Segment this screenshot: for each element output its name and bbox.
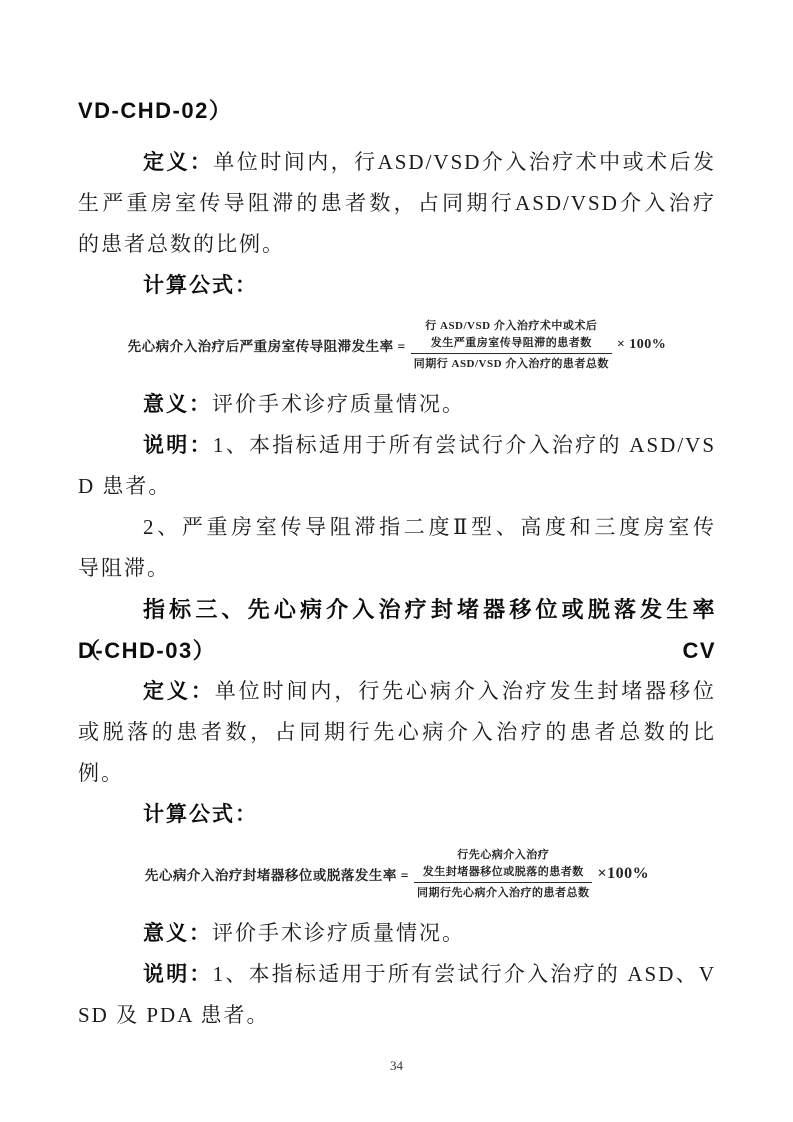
text-segment: 的患者总数的比例。 [78, 232, 285, 256]
text-segment: D 患者。 [78, 474, 171, 498]
formula-fraction: 行先心病介入治疗发生封堵器移位或脱落的患者数同期行先心病介入治疗的患者总数 [414, 847, 593, 902]
text-line: 的患者总数的比例。 [78, 224, 716, 265]
document-page: VD-CHD-02）定义：单位时间内，行ASD/VSD介入治疗术中或术后发生严重… [0, 0, 793, 1122]
fraction-denominator: 同期行 ASD/VSD 介入治疗的患者总数 [411, 353, 612, 373]
text-segment: 单位时间内，行先心病介入治疗发生封堵器移位 [215, 679, 716, 703]
bold-label: 说明： [143, 963, 213, 986]
bold-label: 意义： [143, 393, 212, 416]
text-line: 生严重房室传导阻滞的患者数，占同期行ASD/VSD介入治疗 [78, 183, 716, 224]
fraction-numerator-line: 行先心病介入治疗 [414, 847, 593, 864]
heading-line: 指标三、先心病介入治疗封堵器移位或脱落发生率（CV [78, 589, 716, 630]
text-segment: 1、本指标适用于所有尝试行介入治疗的 ASD、V [213, 962, 716, 986]
text-segment: 评价手术诊疗质量情况。 [212, 921, 465, 945]
bold-label: 说明： [143, 434, 213, 457]
formula-left-hand-side: 先心病介入治疗后严重房室传导阻滞发生率 = [128, 335, 406, 355]
bold-label: 定义： [143, 680, 215, 703]
fraction-numerator-line: 发生封堵器移位或脱落的患者数 [414, 864, 593, 881]
bold-label: VD-CHD-02） [78, 98, 232, 123]
formula-left-hand-side: 先心病介入治疗封堵器移位或脱落发生率 = [145, 864, 409, 884]
page-number: 34 [0, 1058, 793, 1074]
text-segment: 2、严重房室传导阻滞指二度Ⅱ型、高度和三度房室传 [143, 515, 716, 539]
text-segment: 评价手术诊疗质量情况。 [212, 392, 465, 416]
bold-label: 计算公式： [143, 803, 258, 826]
bold-label: D-CHD-03） [78, 638, 216, 663]
formula-multiplier: × 100% [617, 337, 666, 353]
text-line: 计算公式： [78, 265, 716, 306]
text-segment: 导阻滞。 [78, 556, 170, 580]
text-line: 或脱落的患者数，占同期行先心病介入治疗的患者总数的比 [78, 712, 716, 753]
formula-fraction: 行 ASD/VSD 介入治疗术中或术后发生严重房室传导阻滞的患者数同期行 ASD… [411, 318, 612, 373]
text-segment: 或脱落的患者数，占同期行先心病介入治疗的患者总数的比 [78, 720, 716, 744]
text-segment: SD 及 PDA 患者。 [78, 1003, 269, 1027]
text-line: 说明：1、本指标适用于所有尝试行介入治疗的 ASD、V [78, 954, 716, 995]
text-line: 说明：1、本指标适用于所有尝试行介入治疗的 ASD/VS [78, 425, 716, 466]
document-body: VD-CHD-02）定义：单位时间内，行ASD/VSD介入治疗术中或术后发生严重… [0, 0, 793, 1036]
heading-line: VD-CHD-02） [78, 90, 716, 131]
fraction-denominator: 同期行先心病介入治疗的患者总数 [414, 882, 593, 902]
text-line: 定义：单位时间内，行ASD/VSD介入治疗术中或术后发 [78, 142, 716, 183]
text-segment: 1、本指标适用于所有尝试行介入治疗的 ASD/VS [213, 433, 716, 457]
text-line: 意义：评价手术诊疗质量情况。 [78, 913, 716, 954]
bold-label: 定义： [143, 151, 213, 174]
text-line: 计算公式： [78, 794, 716, 835]
text-line: 意义：评价手术诊疗质量情况。 [78, 384, 716, 425]
formula-multiplier: ×100% [597, 865, 649, 883]
formula-2: 先心病介入治疗封堵器移位或脱落发生率 =行先心病介入治疗发生封堵器移位或脱落的患… [78, 843, 716, 905]
text-segment: 单位时间内，行ASD/VSD介入治疗术中或术后发 [213, 150, 716, 174]
text-segment: 生严重房室传导阻滞的患者数，占同期行ASD/VSD介入治疗 [78, 191, 716, 215]
text-line: D 患者。 [78, 466, 716, 507]
text-line: 2、严重房室传导阻滞指二度Ⅱ型、高度和三度房室传 [78, 507, 716, 548]
text-segment: 例。 [78, 761, 124, 785]
text-line: 定义：单位时间内，行先心病介入治疗发生封堵器移位 [78, 671, 716, 712]
text-line: 导阻滞。 [78, 548, 716, 589]
fraction-numerator-line: 行 ASD/VSD 介入治疗术中或术后 [411, 318, 612, 335]
bold-label: 计算公式： [143, 274, 258, 297]
text-line: 例。 [78, 753, 716, 794]
text-line: SD 及 PDA 患者。 [78, 995, 716, 1036]
formula-1: 先心病介入治疗后严重房室传导阻滞发生率 =行 ASD/VSD 介入治疗术中或术后… [78, 314, 716, 376]
fraction-numerator-line: 发生严重房室传导阻滞的患者数 [411, 335, 612, 352]
bold-label: 意义： [143, 922, 212, 945]
